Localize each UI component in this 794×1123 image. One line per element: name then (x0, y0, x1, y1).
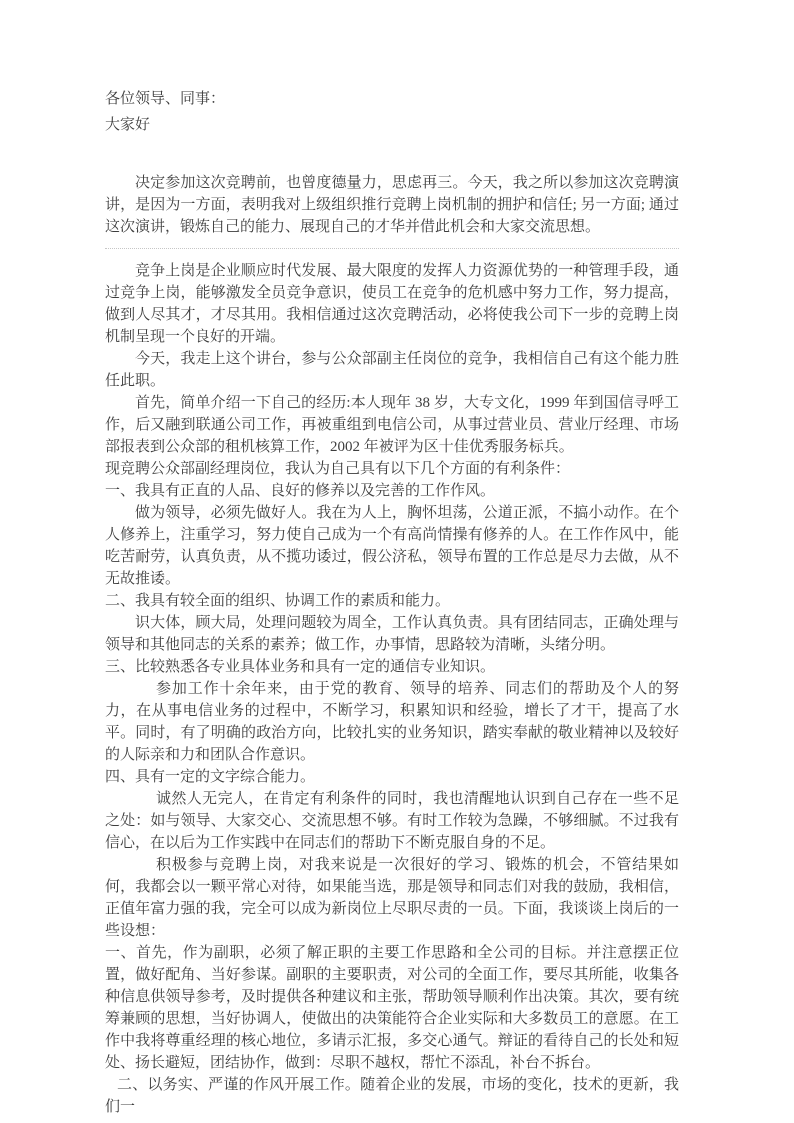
greeting-block: 各位领导、同事： 大家好 (105, 86, 679, 138)
paragraph: 参加工作十余年来，由于党的教育、领导的培养、同志们的帮助及个人的努力，在从事电信… (105, 678, 679, 766)
document-page: 各位领导、同事： 大家好 决定参加这次竞聘前，也曾度德量力，思虑再三。今天，我之… (105, 86, 679, 1118)
paragraph: 首先，简单介绍一下自己的经历:本人现年 38 岁，大专文化，1999 年到国信寻… (105, 392, 679, 458)
paragraph: 二、我具有较全面的组织、协调工作的素质和能力。 (105, 590, 679, 612)
salutation-line: 大家好 (105, 112, 679, 138)
paragraph: 一、我具有正直的人品、良好的修养以及完善的工作作风。 (105, 480, 679, 502)
paragraph: 今天，我走上这个讲台，参与公众部副主任岗位的竞争，我相信自己有这个能力胜任此职。 (105, 348, 679, 392)
paragraph: 三、比较熟悉各专业具体业务和具有一定的通信专业知识。 (105, 656, 679, 678)
paragraph: 识大体，顾大局，处理问题较为周全，工作认真负责。具有团结同志，正确处理与领导和其… (105, 612, 679, 656)
paragraph: 决定参加这次竞聘前，也曾度德量力，思虑再三。今天，我之所以参加这次竞聘演讲，是因… (105, 172, 679, 238)
paragraph: 诚然人无完人，在肯定有利条件的同时，我也清醒地认识到自己存在一些不足之处：如与领… (105, 788, 679, 854)
dotted-divider (105, 238, 679, 249)
paragraph: 四、具有一定的文字综合能力。 (105, 766, 679, 788)
paragraph: 竞争上岗是企业顺应时代发展、最大限度的发挥人力资源优势的一种管理手段，通过竞争上… (105, 260, 679, 348)
paragraph: 做为领导，必须先做好人。我在为人上，胸怀坦荡，公道正派，不搞小动作。在个人修养上… (105, 502, 679, 590)
paragraph: 二、以务实、严谨的作风开展工作。随着企业的发展，市场的变化，技术的更新，我们一 (105, 1074, 679, 1118)
paragraph: 一、首先，作为副职，必须了解正职的主要工作思路和全公司的目标。并注意摆正位置，做… (105, 942, 679, 1074)
paragraph: 积极参与竞聘上岗，对我来说是一次很好的学习、锻炼的机会，不管结果如何，我都会以一… (105, 854, 679, 942)
document-body: 决定参加这次竞聘前，也曾度德量力，思虑再三。今天，我之所以参加这次竞聘演讲，是因… (105, 172, 679, 1118)
paragraph: 现竞聘公众部副经理岗位，我认为自己具有以下几个方面的有利条件： (105, 458, 679, 480)
greeting-line: 各位领导、同事： (105, 86, 679, 112)
